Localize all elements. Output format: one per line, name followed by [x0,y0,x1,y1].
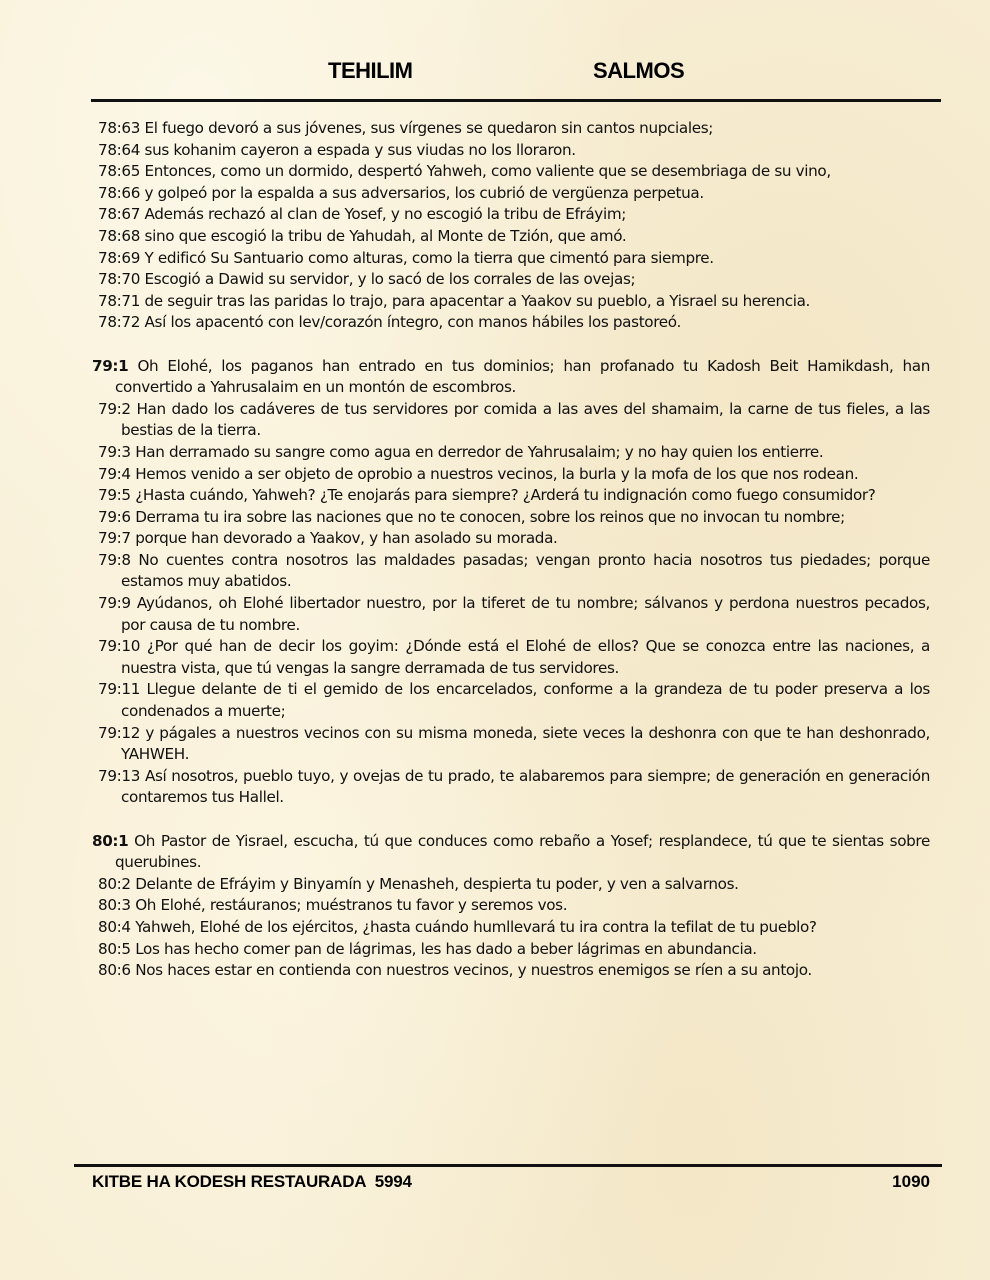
verse-ref: 80:2 [98,875,131,893]
verse: 78:68 sino que escogió la tribu de Yahud… [98,226,930,248]
verse-text: Y edificó Su Santuario como alturas, com… [145,249,714,267]
verse-ref: 78:67 [98,205,140,223]
verse: 78:63 El fuego devoró a sus jóvenes, sus… [98,118,930,140]
verse-text: y págales a nuestros vecinos con su mism… [121,724,930,764]
verse: 79:8 No cuentes contra nosotros las mald… [98,550,930,593]
verse-ref: 79:13 [98,767,140,785]
verse-ref: 80:3 [98,896,131,914]
verse-text: Así los apacentó con lev/corazón íntegro… [145,313,681,331]
verse-text: Delante de Efráyim y Binyamín y Menasheh… [135,875,738,893]
verse: 80:2 Delante de Efráyim y Binyamín y Men… [98,874,930,896]
verse-text: Yahweh, Elohé de los ejércitos, ¿hasta c… [135,918,816,936]
verse-text: Han dado los cadáveres de tus servidores… [121,400,930,440]
footer-divider [74,1164,942,1167]
verse-text: ¿Hasta cuándo, Yahweh? ¿Te enojarás para… [135,486,875,504]
verse-text: Hemos venido a ser objeto de oprobio a n… [135,465,858,483]
verse-text: Llegue delante de ti el gemido de los en… [121,680,930,720]
verse: 79:9 Ayúdanos, oh Elohé libertador nuest… [98,593,930,636]
verse: 79:5 ¿Hasta cuándo, Yahweh? ¿Te enojarás… [98,485,930,507]
chapter-80-section: 80:1 Oh Pastor de Yisrael, escucha, tú q… [98,831,930,982]
verse: 80:4 Yahweh, Elohé de los ejércitos, ¿ha… [98,917,930,939]
verse-ref: 78:63 [98,119,140,137]
verse-text: sus kohanim cayeron a espada y sus viuda… [145,141,576,159]
chapter-start-ref: 80:1 [92,832,128,850]
verse: 80:3 Oh Elohé, restáuranos; muéstranos t… [98,895,930,917]
verse: 78:71 de seguir tras las paridas lo traj… [98,291,930,313]
verse: 78:72 Así los apacentó con lev/corazón í… [98,312,930,334]
verse: 79:10 ¿Por qué han de decir los goyim: ¿… [98,636,930,679]
verse: 78:64 sus kohanim cayeron a espada y sus… [98,140,930,162]
header-book-title-spanish: SALMOS [593,58,684,84]
verse-ref: 80:4 [98,918,131,936]
verse: 78:65 Entonces, como un dormido, despert… [98,161,930,183]
verse-text: y golpeó por la espalda a sus adversario… [145,184,704,202]
verse-text: Oh Elohé, restáuranos; muéstranos tu fav… [135,896,567,914]
verse-text: Entonces, como un dormido, despertó Yahw… [145,162,831,180]
verse-ref: 79:6 [98,508,131,526]
verse-ref: 79:5 [98,486,131,504]
verse: 80:5 Los has hecho comer pan de lágrimas… [98,939,930,961]
verse-text: Oh Pastor de Yisrael, escucha, tú que co… [115,832,930,872]
chapter-start-ref: 79:1 [92,357,128,375]
verse-text: Los has hecho comer pan de lágrimas, les… [135,940,757,958]
verse: 79:6 Derrama tu ira sobre las naciones q… [98,507,930,529]
verse-text: ¿Por qué han de decir los goyim: ¿Dónde … [121,637,930,677]
chapter-79-section: 79:1 Oh Elohé, los paganos han entrado e… [98,356,930,809]
verse-ref: 78:69 [98,249,140,267]
verse-ref: 79:10 [98,637,140,655]
verse-ref: 79:7 [98,529,131,547]
verse: 78:70 Escogió a Dawid su servidor, y lo … [98,269,930,291]
verse-ref: 78:70 [98,270,140,288]
verse-chapter-start: 80:1 Oh Pastor de Yisrael, escucha, tú q… [92,831,930,874]
header-book-title-hebrew: TEHILIM [328,58,413,84]
verse-text: de seguir tras las paridas lo trajo, par… [145,292,811,310]
verse-chapter-start: 79:1 Oh Elohé, los paganos han entrado e… [92,356,930,399]
verse-text: El fuego devoró a sus jóvenes, sus vírge… [145,119,714,137]
footer-book-title: KITBE HA KODESH RESTAURADA 5994 [92,1172,412,1192]
verse-ref: 79:2 [98,400,131,418]
verse-ref: 79:4 [98,465,131,483]
verse-text: Nos haces estar en contienda con nuestro… [135,961,812,979]
chapter-78-section: 78:63 El fuego devoró a sus jóvenes, sus… [98,118,930,334]
verse-ref: 79:11 [98,680,140,698]
verse-text: Derrama tu ira sobre las naciones que no… [135,508,845,526]
verse-ref: 79:12 [98,724,140,742]
chapter-gap [98,809,930,831]
scripture-body: 78:63 El fuego devoró a sus jóvenes, sus… [98,118,930,982]
verse: 79:7 porque han devorado a Yaakov, y han… [98,528,930,550]
verse-text: Además rechazó al clan de Yosef, y no es… [145,205,627,223]
verse-ref: 78:71 [98,292,140,310]
verse: 79:11 Llegue delante de ti el gemido de … [98,679,930,722]
verse: 79:3 Han derramado su sangre como agua e… [98,442,930,464]
verse-text: porque han devorado a Yaakov, y han asol… [135,529,557,547]
verse-ref: 79:8 [98,551,131,569]
verse-ref: 80:5 [98,940,131,958]
verse: 80:6 Nos haces estar en contienda con nu… [98,960,930,982]
verse-text: Escogió a Dawid su servidor, y lo sacó d… [145,270,636,288]
verse-text: No cuentes contra nosotros las maldades … [121,551,930,591]
verse: 79:13 Así nosotros, pueblo tuyo, y oveja… [98,766,930,809]
verse-text: sino que escogió la tribu de Yahudah, al… [145,227,627,245]
chapter-gap [98,334,930,356]
verse-ref: 79:9 [98,594,131,612]
header-divider [91,99,941,102]
verse-ref: 79:3 [98,443,131,461]
verse: 78:69 Y edificó Su Santuario como altura… [98,248,930,270]
verse-ref: 78:72 [98,313,140,331]
verse: 79:4 Hemos venido a ser objeto de oprobi… [98,464,930,486]
verse-text: Ayúdanos, oh Elohé libertador nuestro, p… [121,594,930,634]
verse-ref: 78:68 [98,227,140,245]
verse: 79:2 Han dado los cadáveres de tus servi… [98,399,930,442]
verse: 79:12 y págales a nuestros vecinos con s… [98,723,930,766]
verse-ref: 78:64 [98,141,140,159]
verse-ref: 78:66 [98,184,140,202]
page-header: TEHILIM SALMOS [0,58,990,90]
page-footer: KITBE HA KODESH RESTAURADA 5994 1090 [0,1172,990,1196]
verse: 78:66 y golpeó por la espalda a sus adve… [98,183,930,205]
verse-text: Oh Elohé, los paganos han entrado en tus… [115,357,930,397]
verse-ref: 80:6 [98,961,131,979]
verse-ref: 78:65 [98,162,140,180]
verse: 78:67 Además rechazó al clan de Yosef, y… [98,204,930,226]
page-number: 1090 [892,1172,930,1192]
verse-text: Así nosotros, pueblo tuyo, y ovejas de t… [121,767,930,807]
verse-text: Han derramado su sangre como agua en der… [135,443,823,461]
